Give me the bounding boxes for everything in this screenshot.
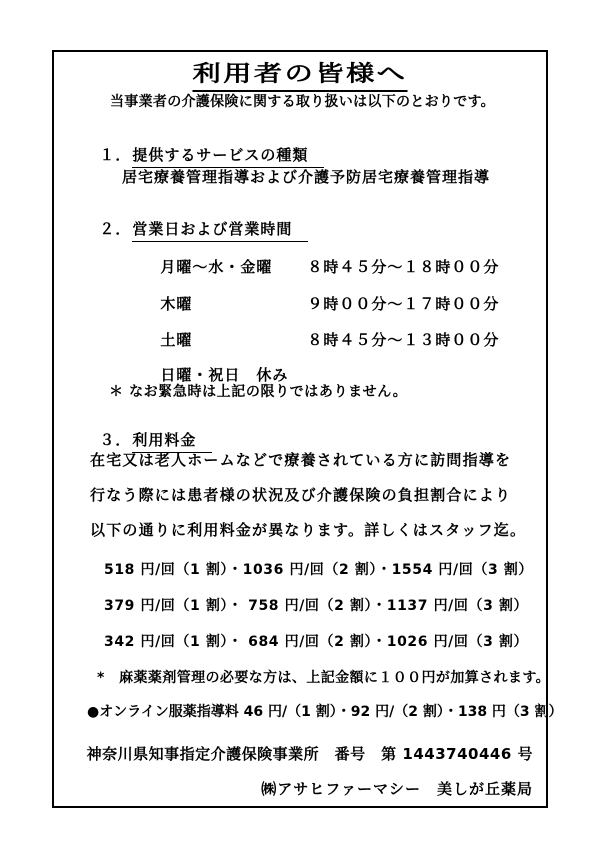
narcotic-management-note: * 麻薬薬剤管理の必要な方は、上記金額に１００円が加算されます。 [97, 671, 550, 685]
section-services-number: １． [99, 148, 132, 163]
emergency-note: ＊ なお緊急時は上記の限りではありません。 [109, 385, 407, 399]
hours-days: 土曜 [160, 333, 307, 348]
document-border-frame: 利用者の皆様へ 当事業者の介護保険に関する取り扱いは以下のとおりです。 １．提供… [52, 50, 548, 808]
hours-days: 木曜 [160, 297, 307, 312]
section-fees-heading: 利用料金 [132, 431, 212, 453]
hours-time: ８時４５分～１３時００分 [307, 331, 499, 349]
price-line: 518 円/回（1 割）・1036 円/回（2 割）・1554 円/回（3 割） [104, 563, 533, 577]
hours-days: 月曜～水・金曜 [160, 260, 307, 275]
fees-paragraph-line: 以下の通りに利用料金が異なります。詳しくはスタッフ迄。 [90, 523, 526, 538]
registration-number-line: 神奈川県知事指定介護保険事業所 番号 第 1443740446 号 [87, 747, 533, 762]
notice-document-page: 利用者の皆様へ 当事業者の介護保険に関する取り扱いは以下のとおりです。 １．提供… [0, 0, 595, 842]
title-row: 利用者の皆様へ [54, 57, 546, 92]
fees-paragraph-line: 行なう際には患者様の状況及び介護保険の負担割合により [90, 488, 511, 503]
price-line: 379 円/回（1 割）・ 758 円/回（2 割）・1137 円/回（3 割） [104, 599, 528, 613]
section-services-body: 居宅療養管理指導および介護予防居宅療養管理指導 [122, 170, 490, 185]
hours-days: 日曜・祝日 休み [160, 368, 307, 383]
document-subtitle: 当事業者の介護保険に関する取り扱いは以下のとおりです。 [110, 95, 495, 109]
fees-paragraph-line: 在宅又は老人ホームなどで療養されている方に訪問指導を [90, 453, 511, 468]
section-hours-number: ２． [99, 222, 132, 237]
section-services-heading: 提供するサービスの種類 [132, 146, 324, 168]
hours-time: ９時００分～１７時００分 [307, 295, 499, 313]
section-hours-heading: 営業日および営業時間 [132, 220, 308, 242]
page-title: 利用者の皆様へ [192, 57, 407, 92]
hours-time: ８時４５分～１８時００分 [307, 258, 499, 276]
online-guidance-fee-note: ●オンライン服薬指導料 46 円/（1 割）・92 円/（2 割）・138 円（… [87, 705, 563, 719]
company-name-line: ㈱アサヒファーマシー 美しが丘薬局 [261, 782, 533, 797]
section-fees-number: ３． [99, 433, 132, 448]
price-line: 342 円/回（1 割）・ 684 円/回（2 割）・1026 円/回（3 割） [104, 635, 528, 649]
